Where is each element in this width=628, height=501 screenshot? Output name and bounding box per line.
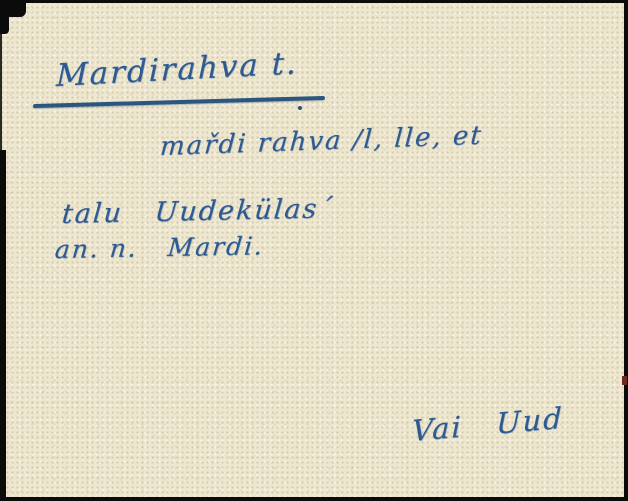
scan-blob-left-upper [0,0,9,34]
scan-edge-bottom [0,497,628,501]
scan-blob-left-lower [0,150,6,501]
red-scan-speck [622,376,627,385]
headword-underline [33,96,325,108]
description-line-2: an. n. Mardi. [54,231,266,264]
scan-edge-top [0,0,628,3]
signature-abbreviation: Vai Uud [412,401,564,448]
description-line-1: talu Uudekülas´ [61,193,336,230]
pronunciation-line: mařdi rahva /l, lle, et [159,121,484,162]
index-card: Mardirahva t. mařdi rahva /l, lle, et ta… [0,0,628,501]
ink-dot [298,106,302,110]
card-headword: Mardirahva t. [56,45,299,94]
scan-edge-right [624,0,628,501]
